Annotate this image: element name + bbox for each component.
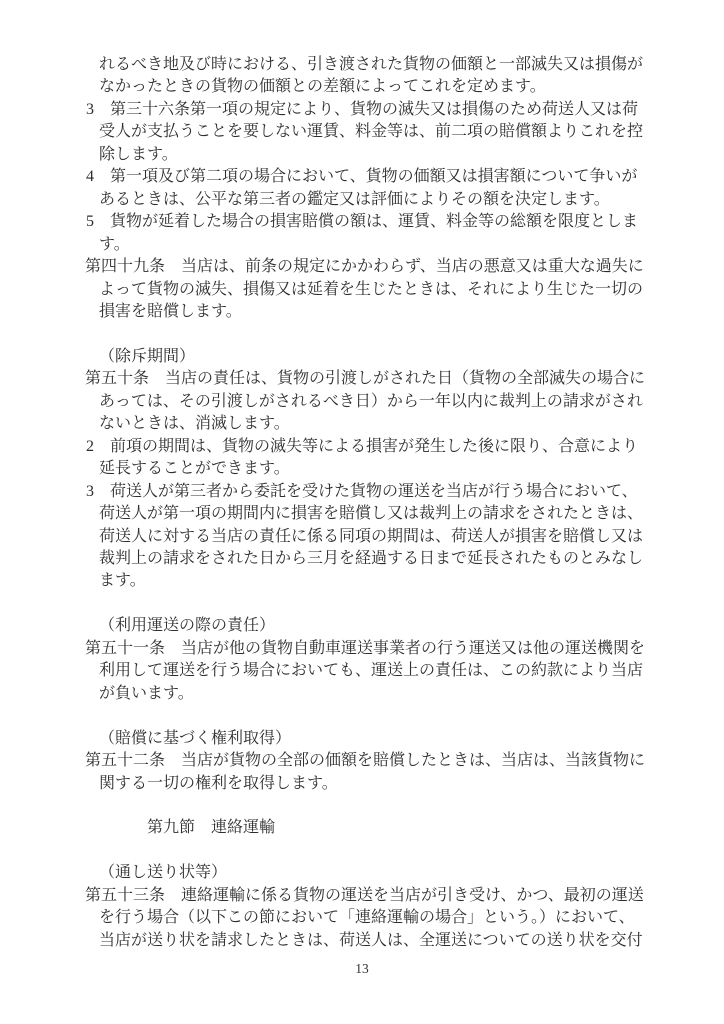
document-line — [85, 795, 655, 817]
document-line: 第五十条 当店の責任は、貨物の引渡しがされた日（貨物の全部滅失の場合に — [85, 368, 655, 390]
document-line — [85, 840, 655, 862]
document-line: なかったときの貨物の価額との差額によってこれを定めます。 — [85, 76, 655, 98]
document-line: ます。 — [85, 570, 655, 592]
document-line: （利用運送の際の責任） — [85, 615, 655, 637]
document-line: 利用して運送を行う場合においても、運送上の責任は、この約款により当店 — [85, 660, 655, 682]
document-line: 第五十三条 連絡運輸に係る貨物の運送を当店が引き受け、かつ、最初の運送 — [85, 885, 655, 907]
document-line: あるときは、公平な第三者の鑑定又は評価によりその額を決定します。 — [85, 189, 655, 211]
document-line: が負います。 — [85, 683, 655, 705]
document-line: 第五十一条 当店が他の貨物自動車運送事業者の行う運送又は他の運送機関を — [85, 638, 655, 660]
document-line — [85, 705, 655, 727]
document-page: れるべき地及び時における、引き渡された貨物の価額と一部滅失又は損傷がなかったとき… — [0, 0, 724, 1024]
document-line: 荷送人に対する当店の責任に係る同項の期間は、荷送人が損害を賠償し又は — [85, 526, 655, 548]
document-line: 延長することができます。 — [85, 458, 655, 480]
document-line: 第九節 連絡運輸 — [85, 817, 655, 839]
document-line — [85, 593, 655, 615]
document-line: れるべき地及び時における、引き渡された貨物の価額と一部滅失又は損傷が — [85, 54, 655, 76]
document-line: よって貨物の滅失、損傷又は延着を生じたときは、それにより生じた一切の — [85, 279, 655, 301]
document-line: 裁判上の請求をされた日から三月を経過する日まで延長されたものとみなし — [85, 548, 655, 570]
document-line: 第四十九条 当店は、前条の規定にかかわらず、当店の悪意又は重大な過失に — [85, 256, 655, 278]
document-line: 5 貨物が延着した場合の損害賠償の額は、運賃、料金等の総額を限度としま — [85, 211, 655, 233]
document-line: 受人が支払うことを要しない運賃、料金等は、前二項の賠償額よりこれを控 — [85, 121, 655, 143]
page-number: 13 — [0, 961, 724, 977]
document-body: れるべき地及び時における、引き渡された貨物の価額と一部滅失又は損傷がなかったとき… — [85, 54, 655, 952]
document-line: 当店が送り状を請求したときは、荷送人は、全運送についての送り状を交付 — [85, 930, 655, 952]
document-line: 損害を賠償します。 — [85, 301, 655, 323]
document-line: 2 前項の期間は、貨物の滅失等による損害が発生した後に限り、合意により — [85, 436, 655, 458]
document-line: 除します。 — [85, 144, 655, 166]
document-line: 関する一切の権利を取得します。 — [85, 773, 655, 795]
document-line: 3 荷送人が第三者から委託を受けた貨物の運送を当店が行う場合において、 — [85, 481, 655, 503]
document-line: （通し送り状等） — [85, 862, 655, 884]
document-line: 3 第三十六条第一項の規定により、貨物の滅失又は損傷のため荷送人又は荷 — [85, 99, 655, 121]
document-line: 4 第一項及び第二項の場合において、貨物の価額又は損害額について争いが — [85, 166, 655, 188]
document-line: を行う場合（以下この節において「連絡運輸の場合」という。）において、 — [85, 907, 655, 929]
document-line: 第五十二条 当店が貨物の全部の価額を賠償したときは、当店は、当該貨物に — [85, 750, 655, 772]
document-line: （除斥期間） — [85, 346, 655, 368]
document-line: （賠償に基づく権利取得） — [85, 728, 655, 750]
document-line — [85, 323, 655, 345]
document-line: あっては、その引渡しがされるべき日）から一年以内に裁判上の請求がされ — [85, 391, 655, 413]
document-line: ないときは、消滅します。 — [85, 413, 655, 435]
document-line: す。 — [85, 234, 655, 256]
document-line: 荷送人が第一項の期間内に損害を賠償し又は裁判上の請求をされたときは、 — [85, 503, 655, 525]
